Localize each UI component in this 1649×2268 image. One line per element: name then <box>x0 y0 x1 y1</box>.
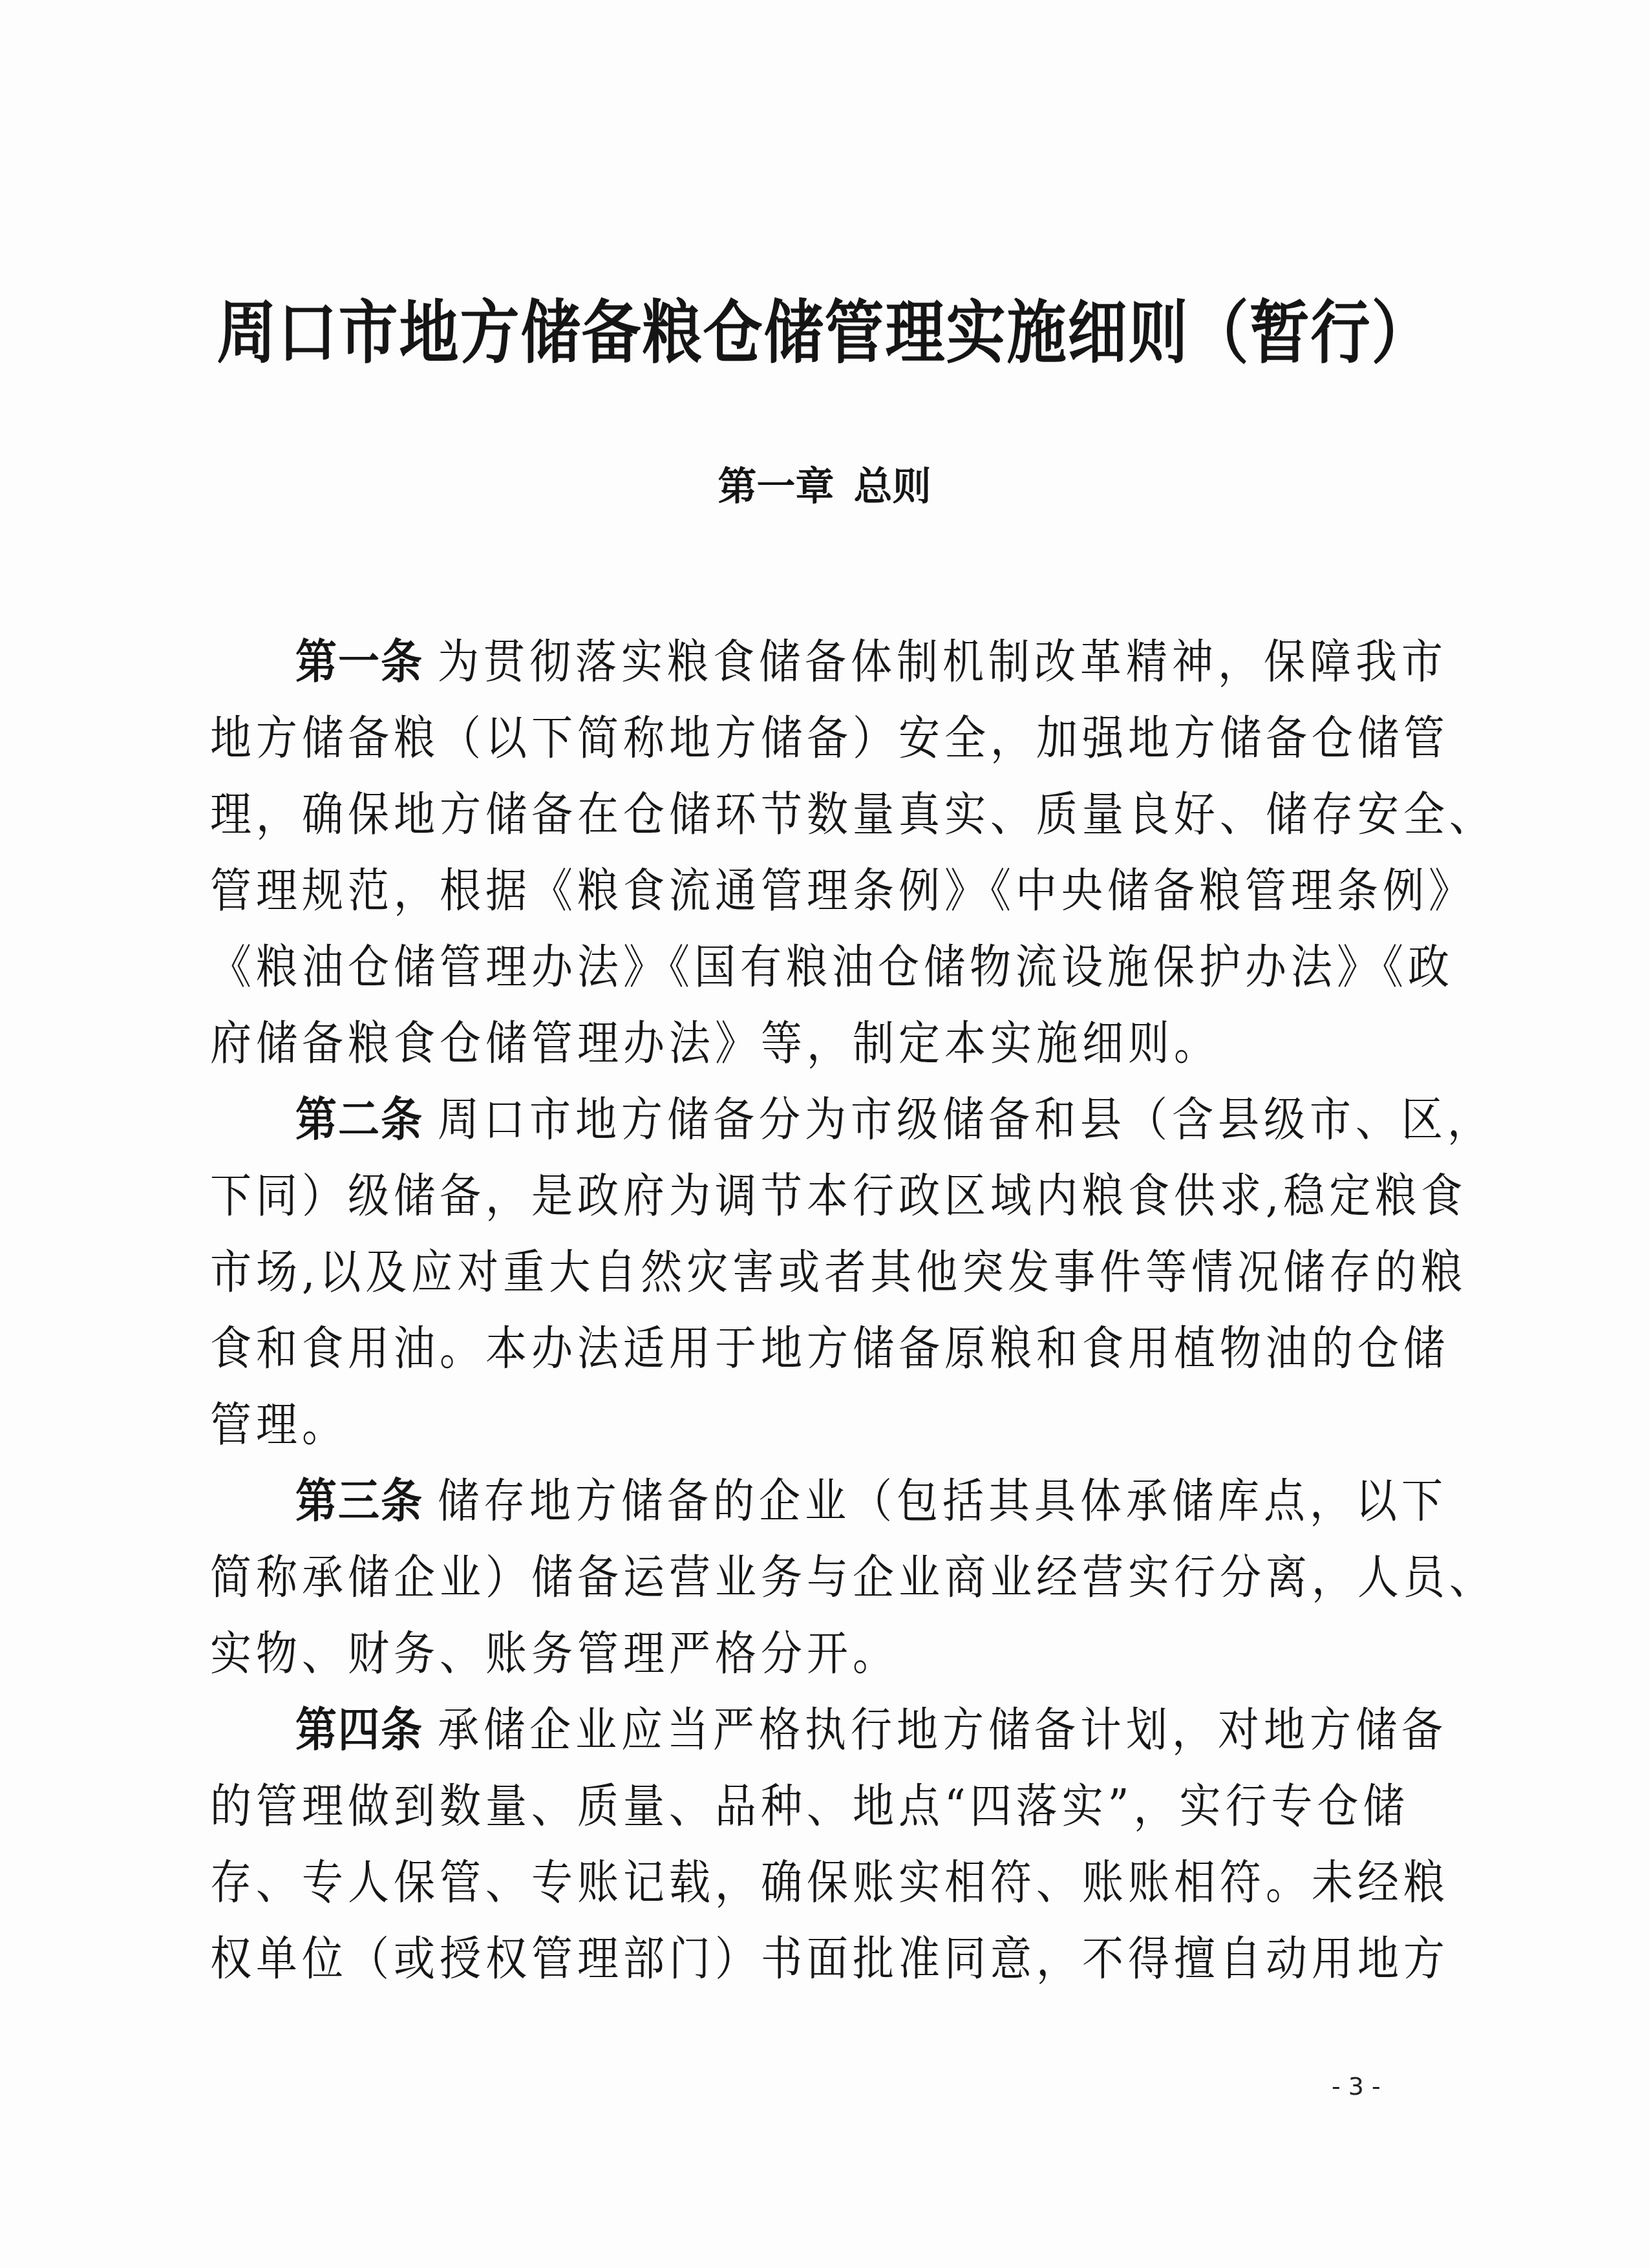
article-label: 第四条 <box>295 1704 423 1757</box>
paragraph-line: 第一条为贯彻落实粮食储备体制机制改革精神，保障我市 <box>210 619 1393 705</box>
paragraph-line: 第二条周口市地方储备分为市级储备和县（含县级市、区， <box>210 1077 1393 1162</box>
paragraph-line: 简称承储企业）储备运营业务与企业商业经营实行分离，人员、 <box>210 1535 1393 1620</box>
paragraph-line: 市场,以及应对重大自然灾害或者其他突发事件等情况储存的粮 <box>210 1230 1393 1315</box>
paragraph-line: 地方储备粮（以下简称地方储备）安全，加强地方储备仓储管 <box>210 696 1393 781</box>
paragraph-line: 权单位（或授权管理部门）书面批准同意，不得擅自动用地方 <box>210 1916 1393 2002</box>
article-1: 第一条为贯彻落实粮食储备体制机制改革精神，保障我市 地方储备粮（以下简称地方储备… <box>210 624 1393 1082</box>
paragraph-line: 《粮油仓储管理办法》《国有粮油仓储物流设施保护办法》《政 <box>210 925 1393 1010</box>
chapter-heading: 第一章总则 <box>0 456 1649 511</box>
document-title: 周口市地方储备粮仓储管理实施细则（暂行） <box>0 278 1649 376</box>
chapter-name: 总则 <box>854 464 931 509</box>
paragraph-line: 实物、财务、账务管理严格分开。 <box>210 1611 1393 1696</box>
article-label: 第三条 <box>295 1475 423 1528</box>
paragraph-line: 的管理做到数量、质量、品种、地点“四落实”，实行专仓储 <box>210 1764 1393 1849</box>
page-number: - 3 - <box>1332 2072 1381 2101</box>
paragraph-line: 第四条承储企业应当严格执行地方储备计划，对地方储备 <box>210 1687 1393 1773</box>
paragraph-line: 存、专人保管、专账记载，确保账实相符、账账相符。未经粮 <box>210 1840 1393 1925</box>
paragraph-line: 下同）级储备，是政府为调节本行政区域内粮食供求,稳定粮食 <box>210 1153 1393 1239</box>
paragraph-line: 第三条储存地方储备的企业（包括其具体承储库点，以下 <box>210 1459 1393 1544</box>
paragraph-line: 管理规范，根据《粮食流通管理条例》《中央储备粮管理条例》 <box>210 848 1393 934</box>
document-body: 第一条为贯彻落实粮食储备体制机制改革精神，保障我市 地方储备粮（以下简称地方储备… <box>210 624 1393 1997</box>
paragraph-line: 府储备粮食仓储管理办法》等，制定本实施细则。 <box>210 1001 1393 1086</box>
article-2: 第二条周口市地方储备分为市级储备和县（含县级市、区， 下同）级储备，是政府为调节… <box>210 1082 1393 1463</box>
paragraph-line: 理，确保地方储备在仓储环节数量真实、质量良好、储存安全、 <box>210 772 1393 857</box>
article-label: 第一条 <box>295 636 423 689</box>
chapter-number: 第一章 <box>718 464 835 509</box>
paragraph-line: 食和食用油。本办法适用于地方储备原粮和食用植物油的仓储 <box>210 1306 1393 1391</box>
article-label: 第二条 <box>295 1093 423 1147</box>
article-4: 第四条承储企业应当严格执行地方储备计划，对地方储备 的管理做到数量、质量、品种、… <box>210 1692 1393 1997</box>
document-page: 周口市地方储备粮仓储管理实施细则（暂行） 第一章总则 第一条为贯彻落实粮食储备体… <box>0 0 1649 2268</box>
article-3: 第三条储存地方储备的企业（包括其具体承储库点，以下 简称承储企业）储备运营业务与… <box>210 1463 1393 1692</box>
paragraph-line: 管理。 <box>210 1382 1393 1468</box>
